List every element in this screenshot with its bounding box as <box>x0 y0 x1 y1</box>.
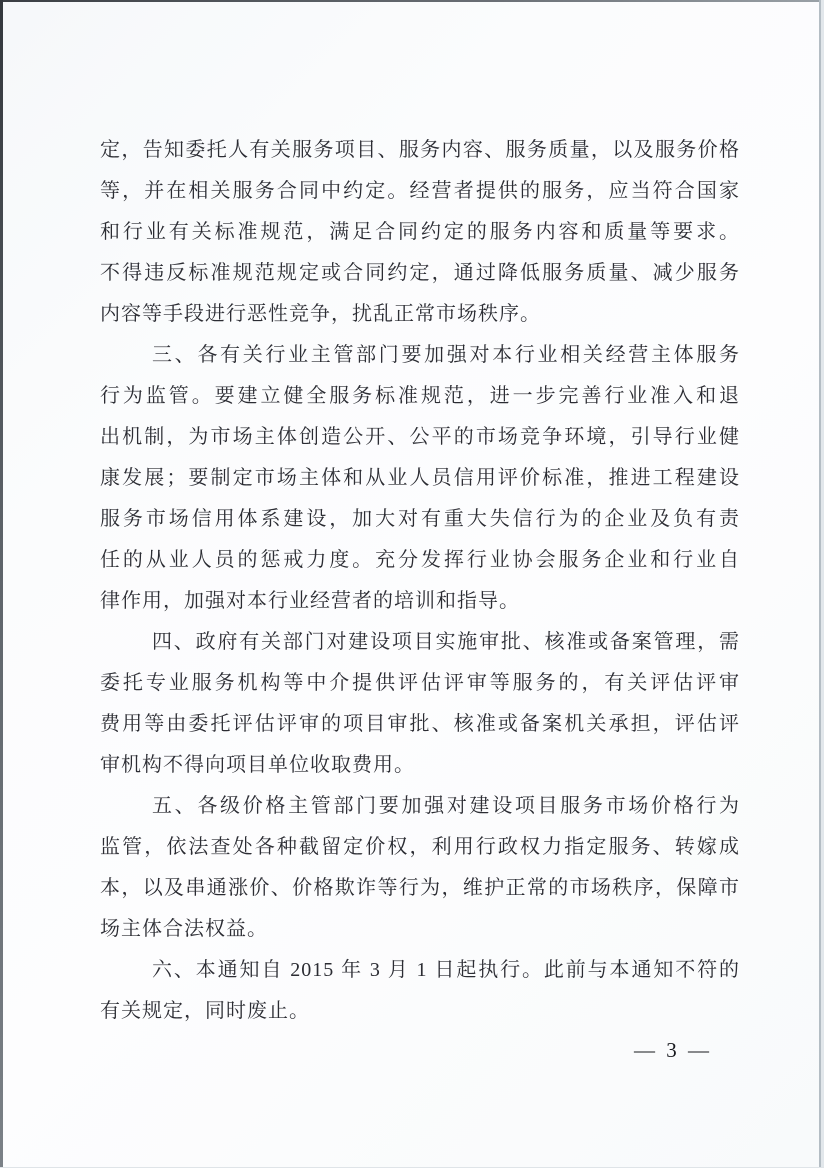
scan-edge-top <box>0 0 824 2</box>
document-line: 三、各有关行业主管部门要加强对本行业相关经营主体服务 <box>100 335 740 376</box>
document-line: 监管，依法查处各种截留定价权，利用行政权力指定服务、转嫁成 <box>100 827 740 868</box>
scan-edge-left <box>0 0 3 1168</box>
document-body: 定，告知委托人有关服务项目、服务内容、服务质量，以及服务价格等，并在相关服务合同… <box>100 130 740 1032</box>
document-line: 有关规定，同时废止。 <box>100 991 740 1032</box>
document-line: 行为监管。要建立健全服务标准规范，进一步完善行业准入和退 <box>100 376 740 417</box>
document-line: 费用等由委托评估评审的项目审批、核准或备案机关承担，评估评 <box>100 704 740 745</box>
document-line: 康发展；要制定市场主体和从业人员信用评价标准，推进工程建设 <box>100 458 740 499</box>
document-line: 服务市场信用体系建设，加大对有重大失信行为的企业及负有责 <box>100 499 740 540</box>
page-number: — 3 — <box>634 1038 712 1063</box>
document-line: 五、各级价格主管部门要加强对建设项目服务市场价格行为 <box>100 786 740 827</box>
document-line: 委托专业服务机构等中介提供评估评审等服务的，有关评估评审 <box>100 663 740 704</box>
document-line: 等，并在相关服务合同中约定。经营者提供的服务，应当符合国家 <box>100 171 740 212</box>
document-line: 审机构不得向项目单位收取费用。 <box>100 745 740 786</box>
scan-edge-right <box>819 0 821 1168</box>
document-line: 六、本通知自 2015 年 3 月 1 日起执行。此前与本通知不符的 <box>100 950 740 991</box>
document-line: 内容等手段进行恶性竞争，扰乱正常市场秩序。 <box>100 294 740 335</box>
document-line: 四、政府有关部门对建设项目实施审批、核准或备案管理，需 <box>100 622 740 663</box>
document-line: 出机制，为市场主体创造公开、公平的市场竞争环境，引导行业健 <box>100 417 740 458</box>
document-line: 场主体合法权益。 <box>100 909 740 950</box>
document-line: 本，以及串通涨价、价格欺诈等行为，维护正常的市场秩序，保障市 <box>100 868 740 909</box>
document-line: 和行业有关标准规范，满足合同约定的服务内容和质量等要求。 <box>100 212 740 253</box>
document-line: 定，告知委托人有关服务项目、服务内容、服务质量，以及服务价格 <box>100 130 740 171</box>
document-line: 不得违反标准规范规定或合同约定，通过降低服务质量、减少服务 <box>100 253 740 294</box>
document-line: 律作用，加强对本行业经营者的培训和指导。 <box>100 581 740 622</box>
document-line: 任的从业人员的惩戒力度。充分发挥行业协会服务企业和行业自 <box>100 540 740 581</box>
